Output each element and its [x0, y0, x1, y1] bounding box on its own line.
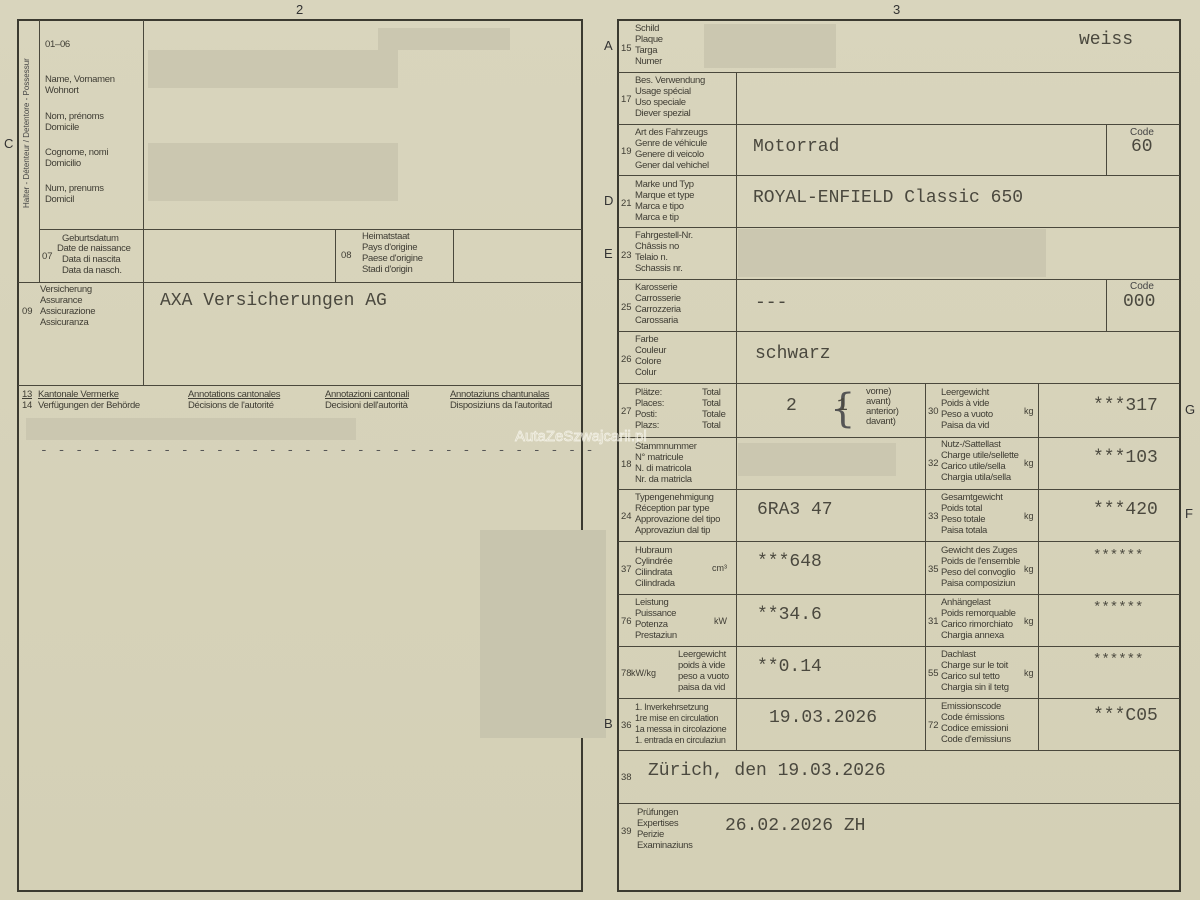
label-cantonal-notes: Annotaziuns chantunalas	[450, 390, 549, 400]
label-matriculation: Stammnummer	[635, 442, 697, 452]
label-cantonal-notes: Kantonale Vermerke	[38, 390, 119, 400]
field-number-09: 09	[22, 306, 33, 317]
divider	[18, 282, 582, 283]
divider	[618, 489, 1180, 490]
first-registration-value: 19.03.2026	[769, 708, 877, 728]
unit-kw-per-kg: kW/kg	[631, 668, 656, 678]
label-empty-weight: Poids à vide	[941, 399, 989, 409]
label-special-use: Bes. Verwendung	[635, 76, 705, 86]
unit-kg: kg	[1024, 406, 1034, 416]
label-origin: Heimatstaat	[362, 232, 409, 242]
unit-kg: kg	[1024, 511, 1034, 521]
label-chassis: Telaio n.	[635, 253, 668, 263]
label-make-model: Marke und Typ	[635, 180, 694, 190]
page-number-right: 3	[893, 2, 900, 17]
label-plate: Numer	[635, 57, 662, 67]
label-authority-decisions: Décisions de l'autorité	[188, 401, 274, 411]
roof-load-value: ******	[1093, 652, 1143, 668]
label-type-approval: Typengenehmigung	[635, 493, 714, 503]
field-number-78: 78	[621, 668, 632, 679]
label-authority-decisions: Disposiziuns da l'autoritad	[450, 401, 552, 411]
label-power-weight: poids à vide	[678, 661, 725, 671]
label-emission-code: Code d'emissiuns	[941, 735, 1011, 745]
label-empty-weight: Peso a vuoto	[941, 410, 993, 420]
label-inspections: Perizie	[637, 830, 664, 840]
label-first-registration: 1a messa in circolazione	[635, 724, 726, 734]
marker-g: G	[1185, 402, 1195, 417]
holder-label: Domicilio	[45, 159, 81, 169]
label-vehicle-type: Gener dal vehichel	[635, 161, 709, 171]
divider	[925, 383, 926, 750]
vehicle-type-value: Motorrad	[753, 137, 839, 157]
emission-code-value: ***C05	[1093, 706, 1158, 726]
label-payload: Carico utile/sella	[941, 462, 1005, 472]
field-number-14: 14	[22, 401, 32, 411]
divider	[618, 594, 1180, 595]
label-birthdate: Date de naissance	[57, 244, 131, 254]
label-special-use: Usage spécial	[635, 87, 691, 97]
unit-kw: kW	[714, 616, 727, 626]
label-power: Puissance	[635, 609, 676, 619]
page-number-left: 2	[296, 2, 303, 17]
redacted-plate-number	[704, 24, 836, 68]
field-number-08: 08	[341, 250, 352, 261]
make-model-value: ROYAL-ENFIELD Classic 650	[753, 188, 1023, 208]
divider	[618, 279, 1180, 280]
label-power: Prestaziun	[635, 631, 677, 641]
label-trailer-load: Chargia annexa	[941, 631, 1004, 641]
label-roof-load: Chargia sin il tetg	[941, 683, 1009, 693]
label-roof-load: Dachlast	[941, 650, 976, 660]
displacement-value: ***648	[757, 552, 822, 572]
label-cantonal-notes: Annotazioni cantonali	[325, 390, 409, 400]
label-vehicle-type: Art des Fahrzeugs	[635, 128, 708, 138]
label-color: Couleur	[635, 346, 666, 356]
label-body: Carossaria	[635, 316, 678, 326]
total-weight-value: ***420	[1093, 500, 1158, 520]
label-origin: Pays d'origine	[362, 243, 417, 253]
vehicle-type-code: 60	[1131, 137, 1153, 157]
seats-total-value: 2	[786, 396, 797, 416]
field-number-55: 55	[928, 668, 939, 679]
label-payload: Nutz-/Sattellast	[941, 440, 1001, 450]
label-total: Total	[702, 399, 721, 409]
insurance-value: AXA Versicherungen AG	[160, 291, 387, 311]
label-vehicle-type: Genere di veicolo	[635, 150, 704, 160]
holder-label: Name, Vornamen	[45, 75, 115, 85]
divider	[335, 229, 336, 282]
label-train-weight: Paisa composiziun	[941, 579, 1015, 589]
marker-e: E	[604, 246, 613, 261]
annotation-dashes: - - - - - - - - - - - - - - - - - - - - …	[40, 443, 594, 458]
redacted-chassis-number	[738, 229, 1046, 277]
vehicle-registration-document: 2 C Halter - Détenteur / Detentore - Pos…	[0, 0, 1200, 900]
label-authority-decisions: Verfügungen der Behörde	[38, 401, 140, 411]
code-label: Code	[1130, 281, 1154, 292]
label-insurance: Assurance	[40, 296, 82, 306]
divider	[143, 20, 144, 230]
power-weight-value: **0.14	[757, 657, 822, 677]
label-color: Colur	[635, 368, 656, 378]
label-matriculation: Nr. da matricla	[635, 475, 692, 485]
label-power-weight: paisa da vid	[678, 683, 725, 693]
label-vehicle-type: Genre de véhicule	[635, 139, 707, 149]
divider	[1106, 279, 1107, 331]
label-special-use: Uso speciale	[635, 98, 686, 108]
label-displacement: Hubraum	[635, 546, 672, 556]
label-payload: Charge utile/sellette	[941, 451, 1019, 461]
color-value: schwarz	[755, 344, 831, 364]
marker-a: A	[604, 38, 613, 53]
holder-label: Num, prenums	[45, 184, 104, 194]
field-number-32: 32	[928, 458, 939, 469]
body-value: ---	[755, 293, 787, 313]
field-number-72: 72	[928, 720, 939, 731]
unit-kg: kg	[1024, 668, 1034, 678]
label-plate: Plaque	[635, 35, 663, 45]
field-number-13: 13	[22, 390, 32, 400]
divider	[618, 331, 1180, 332]
field-number-23: 23	[621, 250, 632, 261]
label-total-weight: Gesamtgewicht	[941, 493, 1003, 503]
divider	[453, 229, 454, 282]
label-insurance: Versicherung	[40, 285, 92, 295]
watermark: AutaZeSzwajcarii.pl	[515, 428, 647, 445]
field-number-35: 35	[928, 564, 939, 575]
label-insurance: Assicuranza	[40, 318, 88, 328]
field-number-33: 33	[928, 511, 939, 522]
field-number-76: 76	[621, 616, 632, 627]
field-number-26: 26	[621, 354, 632, 365]
label-special-use: Diever spezial	[635, 109, 690, 119]
field-number-38: 38	[621, 772, 632, 783]
divider	[618, 383, 1180, 384]
label-total-weight: Poids total	[941, 504, 982, 514]
field-number-27: 27	[621, 406, 632, 417]
divider	[143, 282, 144, 385]
label-plate: Targa	[635, 46, 657, 56]
empty-weight-value: ***317	[1093, 396, 1158, 416]
field-number-37: 37	[621, 564, 632, 575]
label-emission-code: Emissionscode	[941, 702, 1001, 712]
redacted-matriculation-number	[738, 443, 896, 476]
label-roof-load: Charge sur le toit	[941, 661, 1008, 671]
plate-color-value: weiss	[1079, 30, 1133, 50]
redacted-stamp	[480, 530, 606, 738]
payload-value: ***103	[1093, 448, 1158, 468]
label-displacement: Cilindrata	[635, 568, 672, 578]
holder-label: Cognome, nomi	[45, 148, 108, 158]
holder-label: Domicil	[45, 195, 74, 205]
divider	[39, 20, 40, 283]
label-color: Colore	[635, 357, 661, 367]
label-trailer-load: Poids remorquable	[941, 609, 1016, 619]
label-chassis: Fahrgestell-Nr.	[635, 231, 693, 241]
label-type-approval: Réception par type	[635, 504, 709, 514]
divider	[618, 646, 1180, 647]
label-trailer-load: Carico rimorchiato	[941, 620, 1013, 630]
body-code: 000	[1123, 292, 1155, 312]
label-emission-code: Code émissions	[941, 713, 1004, 723]
marker-f: F	[1185, 506, 1193, 521]
label-payload: Chargia utila/sella	[941, 473, 1011, 483]
label-insurance: Assicurazione	[40, 307, 95, 317]
divider	[618, 124, 1180, 125]
field-number-19: 19	[621, 146, 632, 157]
trailer-load-value: ******	[1093, 600, 1143, 616]
seats-front-value: 1	[837, 396, 848, 416]
field-number-39: 39	[621, 826, 632, 837]
divider	[618, 803, 1180, 804]
divider	[1106, 124, 1107, 175]
label-matriculation: N. di matricola	[635, 464, 691, 474]
label-train-weight: Poids de l'ensemble	[941, 557, 1020, 567]
label-power-weight: peso a vuoto	[678, 672, 729, 682]
divider	[39, 229, 582, 230]
label-train-weight: Gewicht des Zuges	[941, 546, 1017, 556]
field-number-31: 31	[928, 616, 939, 627]
label-origin: Paese d'origine	[362, 254, 423, 264]
field-number-18: 18	[621, 459, 632, 470]
divider	[143, 229, 144, 282]
label-empty-weight: Paisa da vid	[941, 421, 989, 431]
field-number-15: 15	[621, 43, 632, 54]
holder-range: 01–06	[45, 40, 70, 50]
divider	[618, 175, 1180, 176]
field-number-25: 25	[621, 302, 632, 313]
label-trailer-load: Anhängelast	[941, 598, 991, 608]
label-color: Farbe	[635, 335, 658, 345]
label-body: Carrosserie	[635, 294, 681, 304]
label-birthdate: Data da nasch.	[62, 266, 122, 276]
power-value: **34.6	[757, 605, 822, 625]
label-authority-decisions: Decisioni dell'autorità	[325, 401, 408, 411]
label-seats: Places:	[635, 399, 664, 409]
field-number-30: 30	[928, 406, 939, 417]
label-seats: Posti:	[635, 410, 657, 420]
unit-kg: kg	[1024, 564, 1034, 574]
label-total: Totale	[702, 410, 726, 420]
unit-kg: kg	[1024, 616, 1034, 626]
label-train-weight: Peso del convoglio	[941, 568, 1015, 578]
divider	[618, 227, 1180, 228]
label-chassis: Schassis nr.	[635, 264, 683, 274]
label-front: davant)	[866, 417, 896, 427]
label-inspections: Prüfungen	[637, 808, 678, 818]
inspection-value: 26.02.2026 ZH	[725, 816, 865, 836]
field-number-24: 24	[621, 511, 632, 522]
label-matriculation: N° matricule	[635, 453, 683, 463]
label-first-registration: 1re mise en circulation	[635, 713, 718, 723]
label-make-model: Marque et type	[635, 191, 694, 201]
holder-vertical-label: Halter - Détenteur / Detentore - Possess…	[22, 58, 31, 208]
label-total-weight: Peso totale	[941, 515, 985, 525]
redacted-annotation	[26, 418, 356, 440]
label-roof-load: Carico sul tetto	[941, 672, 1000, 682]
label-total: Total	[702, 388, 721, 398]
divider	[618, 437, 1180, 438]
label-body: Karosserie	[635, 283, 677, 293]
redacted-holder-address	[148, 143, 398, 201]
label-type-approval: Approvaziun dal tip	[635, 526, 710, 536]
label-inspections: Expertises	[637, 819, 678, 829]
label-make-model: Marca e tipo	[635, 202, 684, 212]
field-number-17: 17	[621, 94, 632, 105]
label-seats: Plätze:	[635, 388, 662, 398]
divider	[618, 72, 1180, 73]
label-first-registration: 1. entrada en circulaziun	[635, 735, 726, 745]
unit-kg: kg	[1024, 458, 1034, 468]
label-birthdate: Data di nascita	[62, 255, 120, 265]
section-marker-c: C	[4, 136, 13, 151]
field-number-07: 07	[42, 251, 53, 262]
label-plate: Schild	[635, 24, 659, 34]
field-number-36: 36	[621, 720, 632, 731]
holder-label: Domicile	[45, 123, 79, 133]
divider	[1038, 383, 1039, 750]
divider	[618, 750, 1180, 751]
issue-place-date-value: Zürich, den 19.03.2026	[648, 761, 886, 781]
label-displacement: Cilindrada	[635, 579, 675, 589]
label-power-weight: Leergewicht	[678, 650, 726, 660]
holder-label: Wohnort	[45, 86, 79, 96]
train-weight-value: ******	[1093, 548, 1143, 564]
label-type-approval: Approvazione del tipo	[635, 515, 720, 525]
label-power: Potenza	[635, 620, 668, 630]
label-origin: Stadi d'origin	[362, 265, 412, 275]
label-displacement: Cylindrée	[635, 557, 672, 567]
label-cantonal-notes: Annotations cantonales	[188, 390, 280, 400]
label-body: Carrozzeria	[635, 305, 681, 315]
marker-b: B	[604, 716, 613, 731]
label-inspections: Examinaziuns	[637, 841, 693, 851]
divider	[736, 72, 737, 750]
label-first-registration: 1. Inverkehrsetzung	[635, 702, 708, 712]
divider	[18, 385, 582, 386]
label-emission-code: Codice emissioni	[941, 724, 1008, 734]
divider	[618, 698, 1180, 699]
type-approval-value: 6RA3 47	[757, 500, 833, 520]
label-total: Total	[702, 421, 721, 431]
redacted-block	[378, 28, 510, 50]
marker-d: D	[604, 193, 613, 208]
label-make-model: Marca e tip	[635, 213, 679, 223]
field-number-21: 21	[621, 198, 632, 209]
redacted-holder-name	[148, 50, 398, 88]
divider	[618, 541, 1180, 542]
label-chassis: Châssis no	[635, 242, 679, 252]
label-empty-weight: Leergewicht	[941, 388, 989, 398]
label-total-weight: Paisa totala	[941, 526, 987, 536]
unit-cm3: cm³	[712, 563, 727, 573]
holder-label: Nom, prénoms	[45, 112, 104, 122]
label-power: Leistung	[635, 598, 669, 608]
